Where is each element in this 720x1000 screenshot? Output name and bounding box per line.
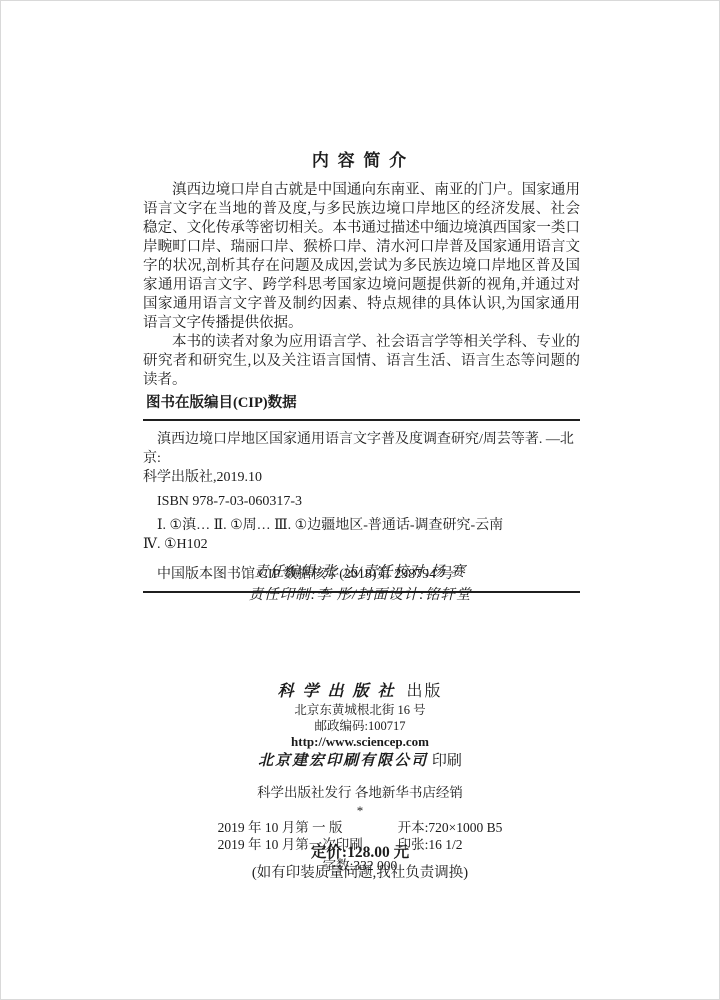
credits-printing-line: 责任印制:李 彤/封面设计:铭轩堂 [1,584,719,607]
publisher-website: http://www.sciencep.com [1,734,719,750]
return-policy-note: (如有印装质量问题,我社负责调换) [1,864,719,883]
book-copyright-page: 内 容 简 介 滇西边境口岸自古就是中国通向东南亚、南亚的门户。国家通用语言文字… [0,0,720,1000]
summary-paragraph-1: 滇西边境口岸自古就是中国通向东南亚、南亚的门户。国家通用语言文字在当地的普及度,… [143,181,580,333]
staff-credits: 责任编辑:张 达/责任校对:杨 赛 责任印制:李 彤/封面设计:铭轩堂 [1,561,719,607]
asterisk-divider: * [1,804,719,817]
printer-name-logotype: 北京建宏印刷有限公司 [258,753,428,769]
cip-body: 滇西边境口岸地区国家通用语言文字普及度调查研究/周芸等著. —北京: 科学出版社… [143,421,580,584]
distribution-line: 科学出版社发行 各地新华书店经销 [1,781,719,801]
printer-role-label: 印刷 [432,753,462,769]
content-summary-title: 内 容 简 介 [1,146,719,171]
cip-classification-line-2: Ⅳ. ①H102 [143,535,580,554]
price-block: 定价:128.00 元 (如有印装质量问题,我社负责调换) [1,843,719,883]
publisher-name-logotype: 科学出版社 [277,683,402,700]
publisher-postcode: 邮政编码:100717 [1,719,719,735]
content-summary-body: 滇西边境口岸自古就是中国通向东南亚、南亚的门户。国家通用语言文字在当地的普及度,… [143,181,580,390]
edition-row: 2019 年 10 月第 一 版 开本:720×1000 B5 [218,820,503,837]
publisher-line: 科学出版社 出版 [1,681,719,703]
cip-title-line-1: 滇西边境口岸地区国家通用语言文字普及度调查研究/周芸等著. —北京: [143,430,580,468]
publisher-role-label: 出版 [407,683,443,700]
credits-editor-line: 责任编辑:张 达/责任校对:杨 赛 [1,561,719,584]
price-amount: 定价:128.00 元 [1,843,719,863]
edition-date: 2019 年 10 月第 一 版 [218,820,398,837]
cip-heading: 图书在版编目(CIP)数据 [143,389,580,421]
publisher-address: 北京东黄城根北街 16 号 [1,703,719,719]
printer-line: 北京建宏印刷有限公司 印刷 [1,751,719,771]
format-spec: 开本:720×1000 B5 [398,820,503,837]
summary-paragraph-2: 本书的读者对象为应用语言学、社会语言学等相关学科、专业的研究者和研究生,以及关注… [143,333,580,390]
cip-title-line-2: 科学出版社,2019.10 [143,468,580,487]
cip-classification-line-1: Ⅰ. ①滇… Ⅱ. ①周… Ⅲ. ①边疆地区-普通话-调查研究-云南 [143,516,580,535]
cip-isbn: ISBN 978-7-03-060317-3 [143,492,580,511]
